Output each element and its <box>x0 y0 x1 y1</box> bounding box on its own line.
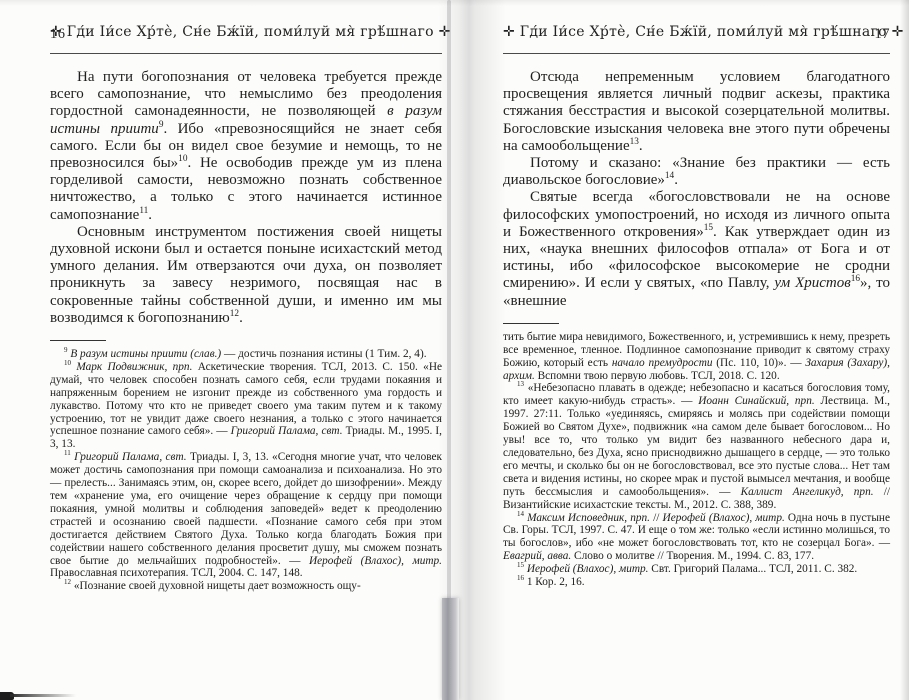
footnote-separator-left <box>50 340 106 341</box>
table-edge-mark <box>0 692 14 700</box>
header-rule-left <box>50 53 442 54</box>
gutter-fold-bottom <box>442 598 459 700</box>
footnote: 11 Григорий Палама, свт. Триады. I, 3, 1… <box>50 451 442 580</box>
running-header-left: 16 ✛ Гд́и Іи́се Хр́тѐ, Сн́е Бж́їй, поми́… <box>50 24 442 46</box>
footnote: 14 Максим Исповедник, прп. // Иерофей (В… <box>503 512 890 564</box>
paragraph: На пути богопознания от человека требует… <box>50 69 442 224</box>
footnote: 15 Иерофей (Влахос), митр. Свт. Григорий… <box>503 563 890 576</box>
paragraph: Основным инструментом постижения своей н… <box>50 224 442 327</box>
table-edge-line <box>10 694 76 697</box>
page-edge-shadow-top <box>0 0 909 6</box>
running-header-right: ✛ Гд́и Іи́се Хр́тѐ, Сн́е Бж́їй, поми́луй… <box>503 24 890 46</box>
footnotes-right: тить бытие мира невидимого, Божественног… <box>503 331 890 589</box>
footnote: 16 1 Кор. 2, 16. <box>503 576 890 589</box>
footnote: 13 «Небезопасно плавать в одежде; небезо… <box>503 382 890 511</box>
gutter-fold-line <box>447 0 451 700</box>
body-text-right: Отсюда непременным условием благодатного… <box>503 69 890 310</box>
running-title-right: ✛ Гд́и Іи́се Хр́тѐ, Сн́е Бж́їй, поми́луй… <box>503 24 890 40</box>
footnote: 12 «Познание своей духовной нищеты дает … <box>50 580 442 593</box>
paragraph: Потому и сказано: «Знание без практики —… <box>503 155 890 189</box>
paragraph: Отсюда непременным условием благодатного… <box>503 69 890 155</box>
page-number-right: 17 <box>875 26 891 43</box>
gutter-shadow <box>438 0 506 700</box>
paragraph: Святые всегда «богословствовали не на ос… <box>503 189 890 309</box>
book-scan: 16 ✛ Гд́и Іи́се Хр́тѐ, Сн́е Бж́їй, поми́… <box>0 0 909 700</box>
footnote: 10 Марк Подвижник, прп. Аскетические тво… <box>50 361 442 451</box>
header-rule-right <box>503 53 890 54</box>
page-edge-shadow-right <box>900 0 909 700</box>
right-page: ✛ Гд́и Іи́се Хр́тѐ, Сн́е Бж́їй, поми́луй… <box>503 24 890 589</box>
footnote-continuation: тить бытие мира невидимого, Божественног… <box>503 331 890 383</box>
body-text-left: На пути богопознания от человека требует… <box>50 69 442 327</box>
left-page: 16 ✛ Гд́и Іи́се Хр́тѐ, Сн́е Бж́їй, поми́… <box>50 24 442 593</box>
footnote: 9 В разум истины приити (слав.) — достич… <box>50 348 442 361</box>
running-title-left: ✛ Гд́и Іи́се Хр́тѐ, Сн́е Бж́їй, поми́луй… <box>50 24 442 40</box>
footnote-separator-right <box>503 323 559 324</box>
footnotes-left: 9 В разум истины приити (слав.) — достич… <box>50 348 442 593</box>
